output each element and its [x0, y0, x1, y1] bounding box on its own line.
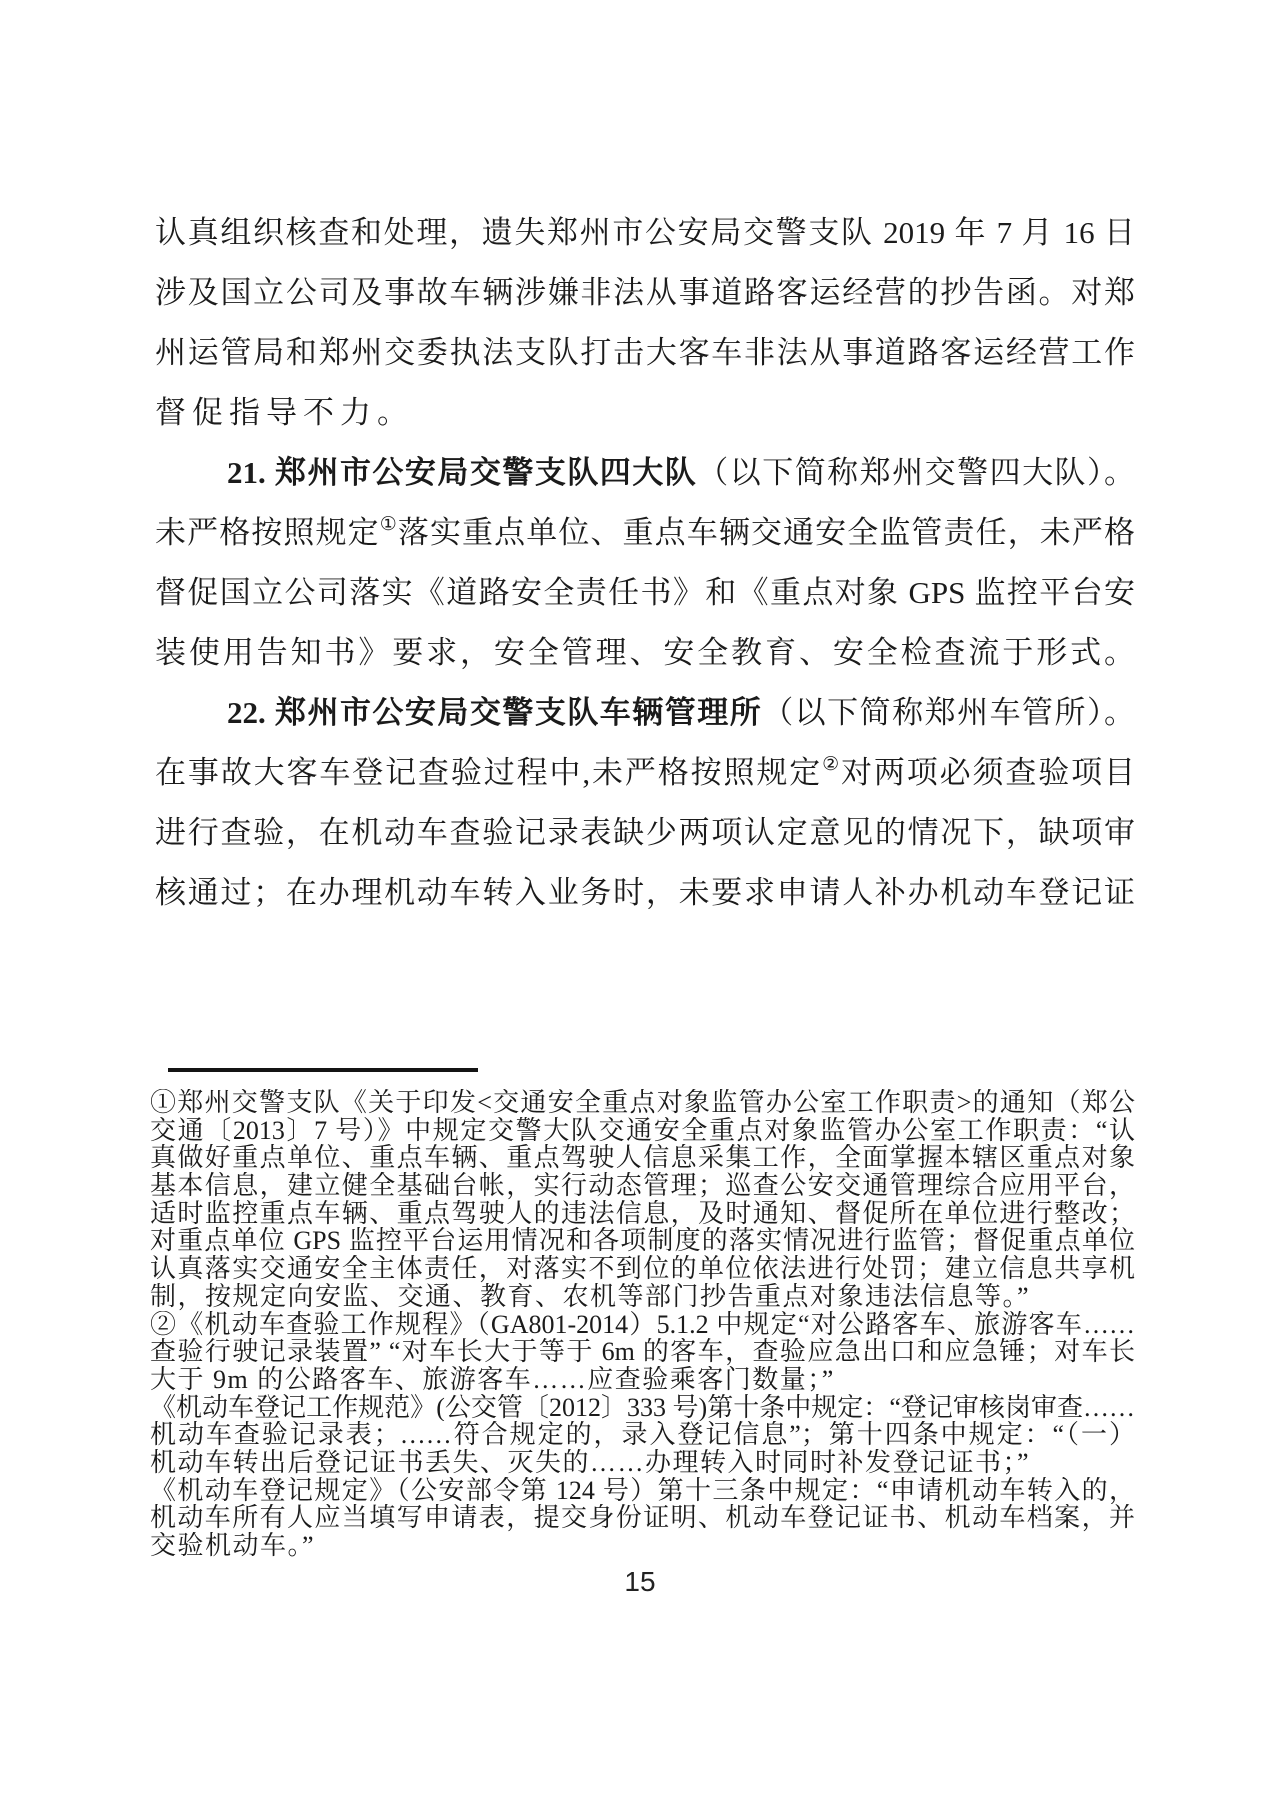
footnote-line: 《机动车登记工作规范》(公交管〔2012〕333 号)第十条中规定：“登记审核岗…: [150, 1394, 1135, 1422]
footnote-line: 交验机动车。”: [150, 1532, 1135, 1560]
footnote-line: 机动车所有人应当填写申请表，提交身份证明、机动车登记证书、机动车档案，并: [150, 1504, 1135, 1532]
clause-21-title-rest: （以下简称郑州交警四大队）。: [697, 455, 1135, 490]
body-text-segment: 未严格按照规定: [155, 515, 380, 550]
footnote-line: 真做好重点单位、重点车辆、重点驾驶人信息采集工作，全面掌握本辖区重点对象: [150, 1144, 1135, 1172]
footnote-line: ②《机动车查验工作规程》（GA801-2014）5.1.2 中规定“对公路客车、…: [150, 1311, 1135, 1339]
footnote-line: 基本信息，建立健全基础台帐，实行动态管理；巡查公安交通管理综合应用平台，: [150, 1172, 1135, 1200]
footnote-separator: [168, 1068, 478, 1072]
body-line: 州运管局和郑州交委执法支队打击大客车非法从事道路客运经营工作: [155, 323, 1135, 383]
body-line: 督促指导不力。: [155, 383, 1135, 443]
footnote-line: 适时监控重点车辆、重点驾驶人的违法信息，及时通知、督促所在单位进行整改；: [150, 1200, 1135, 1228]
clause-22-title: 22. 郑州市公安局交警支队车辆管理所: [227, 695, 762, 730]
body-text-segment: 在事故大客车登记查验过程中,未严格按照规定: [155, 755, 822, 790]
footnote-line: ①郑州交警支队《关于印发<交通安全重点对象监管办公室工作职责>的通知（郑公: [150, 1089, 1135, 1117]
footnote-ref-1: ①: [380, 514, 398, 535]
footnote-line: 机动车查验记录表；……符合规定的，录入登记信息”；第十四条中规定：“（一）: [150, 1421, 1135, 1449]
body-line: 涉及国立公司及事故车辆涉嫌非法从事道路客运经营的抄告函。对郑: [155, 263, 1135, 323]
body-text-segment: 对两项必须查验项目: [841, 755, 1135, 790]
footnote-line: 查验行驶记录装置” “对车长大于等于 6m 的客车，查验应急出口和应急锤；对车长: [150, 1338, 1135, 1366]
body-line: 核通过；在办理机动车转入业务时，未要求申请人补办机动车登记证: [155, 863, 1135, 923]
footnote-line: 制，按规定向安监、交通、教育、农机等部门抄告重点对象违法信息等。”: [150, 1283, 1135, 1311]
body-line: 督促国立公司落实《道路安全责任书》和《重点对象 GPS 监控平台安: [155, 563, 1135, 623]
body-line: 22. 郑州市公安局交警支队车辆管理所（以下简称郑州车管所）。: [155, 683, 1135, 743]
body-line: 21. 郑州市公安局交警支队四大队（以下简称郑州交警四大队）。: [155, 443, 1135, 503]
body-text: 认真组织核查和处理，遗失郑州市公安局交警支队 2019 年 7 月 16 日 涉…: [155, 203, 1135, 923]
document-page: 认真组织核查和处理，遗失郑州市公安局交警支队 2019 年 7 月 16 日 涉…: [0, 0, 1280, 1810]
footnote-line: 《机动车登记规定》（公安部令第 124 号）第十三条中规定：“申请机动车转入的，: [150, 1477, 1135, 1505]
footnote-line: 大于 9m 的公路客车、旅游客车……应查验乘客门数量；”: [150, 1366, 1135, 1394]
body-line: 装使用告知书》要求，安全管理、安全教育、安全检查流于形式。: [155, 623, 1135, 683]
body-line: 认真组织核查和处理，遗失郑州市公安局交警支队 2019 年 7 月 16 日: [155, 203, 1135, 263]
body-line: 在事故大客车登记查验过程中,未严格按照规定②对两项必须查验项目: [155, 743, 1135, 803]
footnote-ref-2: ②: [822, 754, 841, 775]
body-text-segment: 落实重点单位、重点车辆交通安全监管责任，未严格: [398, 515, 1135, 550]
body-line: 进行查验，在机动车查验记录表缺少两项认定意见的情况下，缺项审: [155, 803, 1135, 863]
clause-21-title: 21. 郑州市公安局交警支队四大队: [227, 455, 697, 490]
footnotes: ①郑州交警支队《关于印发<交通安全重点对象监管办公室工作职责>的通知（郑公 交通…: [150, 1089, 1135, 1560]
footnote-line: 交通〔2013〕7 号）》中规定交警大队交通安全重点对象监管办公室工作职责：“认: [150, 1117, 1135, 1145]
page-number: 15: [0, 1566, 1280, 1598]
footnote-line: 机动车转出后登记证书丢失、灭失的……办理转入时同时补发登记证书；”: [150, 1449, 1135, 1477]
clause-22-title-rest: （以下简称郑州车管所）。: [762, 695, 1135, 730]
footnote-line: 认真落实交通安全主体责任，对落实不到位的单位依法进行处罚；建立信息共享机: [150, 1255, 1135, 1283]
footnote-line: 对重点单位 GPS 监控平台运用情况和各项制度的落实情况进行监管；督促重点单位: [150, 1227, 1135, 1255]
body-line: 未严格按照规定①落实重点单位、重点车辆交通安全监管责任，未严格: [155, 503, 1135, 563]
